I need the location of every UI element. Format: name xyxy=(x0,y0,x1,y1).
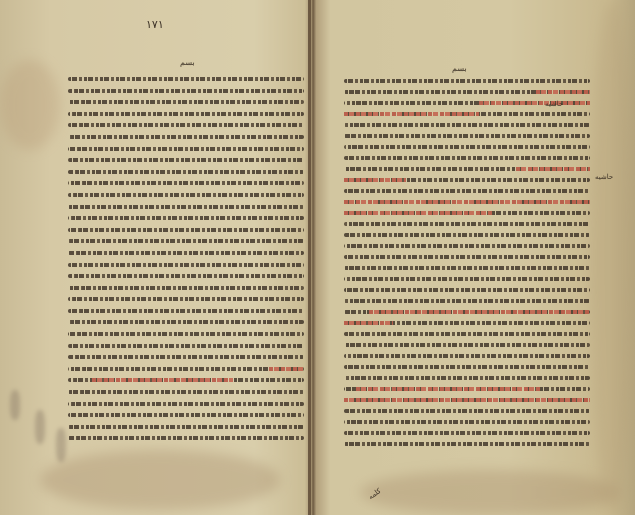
text-line xyxy=(344,85,590,96)
text-line xyxy=(68,246,304,258)
margin-note: حاشیه xyxy=(595,173,613,181)
folio-number: ١٧١ xyxy=(146,18,164,31)
text-line xyxy=(68,420,304,432)
text-line xyxy=(344,195,590,206)
text-line xyxy=(344,283,590,294)
text-line xyxy=(68,315,304,327)
text-line xyxy=(68,130,304,142)
text-line xyxy=(344,338,590,349)
margin-note: حاشیه xyxy=(545,100,563,108)
text-line xyxy=(68,165,304,177)
manuscript-spread: ١٧١ بسم بسم کلمه حاشیه حاشیه xyxy=(0,0,635,515)
gutter-binding xyxy=(308,0,311,515)
text-line xyxy=(344,206,590,217)
text-line xyxy=(68,188,304,200)
text-line xyxy=(68,269,304,281)
page-head-mark: بسم xyxy=(180,58,195,67)
rubric-text xyxy=(479,101,590,105)
text-line xyxy=(344,349,590,360)
catchword: کلمه xyxy=(367,487,383,501)
text-line xyxy=(344,129,590,140)
text-line xyxy=(344,151,590,162)
rubric-text xyxy=(269,367,304,371)
text-line xyxy=(68,362,304,374)
text-line xyxy=(344,294,590,305)
text-line xyxy=(344,305,590,316)
text-line xyxy=(344,393,590,404)
text-line xyxy=(344,316,590,327)
text-line xyxy=(68,223,304,235)
text-line xyxy=(344,360,590,371)
rubric-text xyxy=(356,387,541,391)
rubric-text xyxy=(92,378,234,382)
text-line xyxy=(344,272,590,283)
text-line xyxy=(68,339,304,351)
text-line xyxy=(344,415,590,426)
rubric-text xyxy=(369,310,590,314)
text-line xyxy=(68,327,304,339)
left-text-block xyxy=(68,72,304,443)
text-line xyxy=(344,140,590,151)
rubric-text xyxy=(344,112,479,116)
thumb-stain xyxy=(35,410,45,444)
text-line xyxy=(68,304,304,316)
text-line xyxy=(344,327,590,338)
text-line xyxy=(344,107,590,118)
rubric-text xyxy=(344,200,590,204)
text-line xyxy=(344,250,590,261)
text-line xyxy=(344,228,590,239)
text-line xyxy=(68,408,304,420)
page-head-mark: بسم xyxy=(452,64,467,73)
right-page: بسم کلمه xyxy=(312,0,635,515)
text-line xyxy=(68,142,304,154)
text-line xyxy=(344,261,590,272)
text-line xyxy=(68,72,304,84)
text-line xyxy=(68,153,304,165)
rubric-text xyxy=(344,321,393,325)
text-line xyxy=(68,292,304,304)
text-line xyxy=(344,162,590,173)
text-line xyxy=(344,426,590,437)
text-line xyxy=(344,239,590,250)
text-line xyxy=(68,200,304,212)
text-line xyxy=(68,107,304,119)
text-line xyxy=(344,404,590,415)
text-line xyxy=(344,382,590,393)
thumb-stain xyxy=(10,390,20,420)
rubric-text xyxy=(536,90,590,94)
text-line xyxy=(68,431,304,443)
text-line xyxy=(68,95,304,107)
text-line xyxy=(344,118,590,129)
text-line xyxy=(68,84,304,96)
text-line xyxy=(68,281,304,293)
text-line xyxy=(68,118,304,130)
text-line xyxy=(68,211,304,223)
text-line xyxy=(68,176,304,188)
text-line xyxy=(68,234,304,246)
rubric-text xyxy=(344,178,406,182)
text-line xyxy=(344,437,590,448)
text-line xyxy=(68,397,304,409)
thumb-stain xyxy=(56,428,66,462)
rubric-text xyxy=(344,211,492,215)
rubric-text xyxy=(516,167,590,171)
left-page: ١٧١ بسم xyxy=(0,0,310,515)
rubric-text xyxy=(344,398,590,402)
text-line xyxy=(68,385,304,397)
right-text-block xyxy=(344,74,590,448)
text-line xyxy=(68,373,304,385)
text-line xyxy=(344,173,590,184)
text-line xyxy=(344,74,590,85)
text-line xyxy=(344,371,590,382)
text-line xyxy=(68,350,304,362)
text-line xyxy=(68,258,304,270)
text-line xyxy=(344,217,590,228)
text-line xyxy=(344,184,590,195)
